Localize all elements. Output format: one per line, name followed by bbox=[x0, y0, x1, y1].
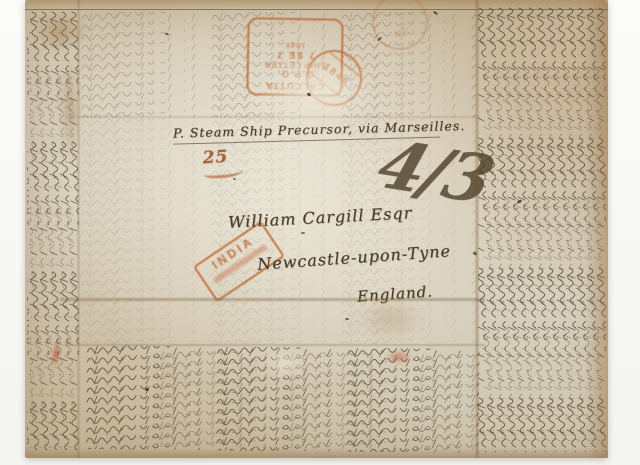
folded-letter-cover: CALCUTTA G.P.O. SHIP LETTER 7 SE 7 1846 … bbox=[25, 0, 608, 458]
calcutta-line-year: 1846 bbox=[249, 40, 341, 50]
handwriting-right-panel bbox=[478, 6, 606, 452]
handwriting-left-panel bbox=[27, 10, 79, 450]
crayon-rate-25-text: 25 bbox=[202, 147, 229, 169]
transit-datestamp-year: 1846 bbox=[312, 55, 360, 96]
letter-text-bottom-panel bbox=[84, 345, 479, 453]
photo-background: CALCUTTA G.P.O. SHIP LETTER 7 SE 7 1846 … bbox=[0, 0, 640, 465]
arrival-datestamp-letters: NE bbox=[376, 22, 429, 43]
crayon-rate-25: 25 bbox=[202, 146, 244, 180]
